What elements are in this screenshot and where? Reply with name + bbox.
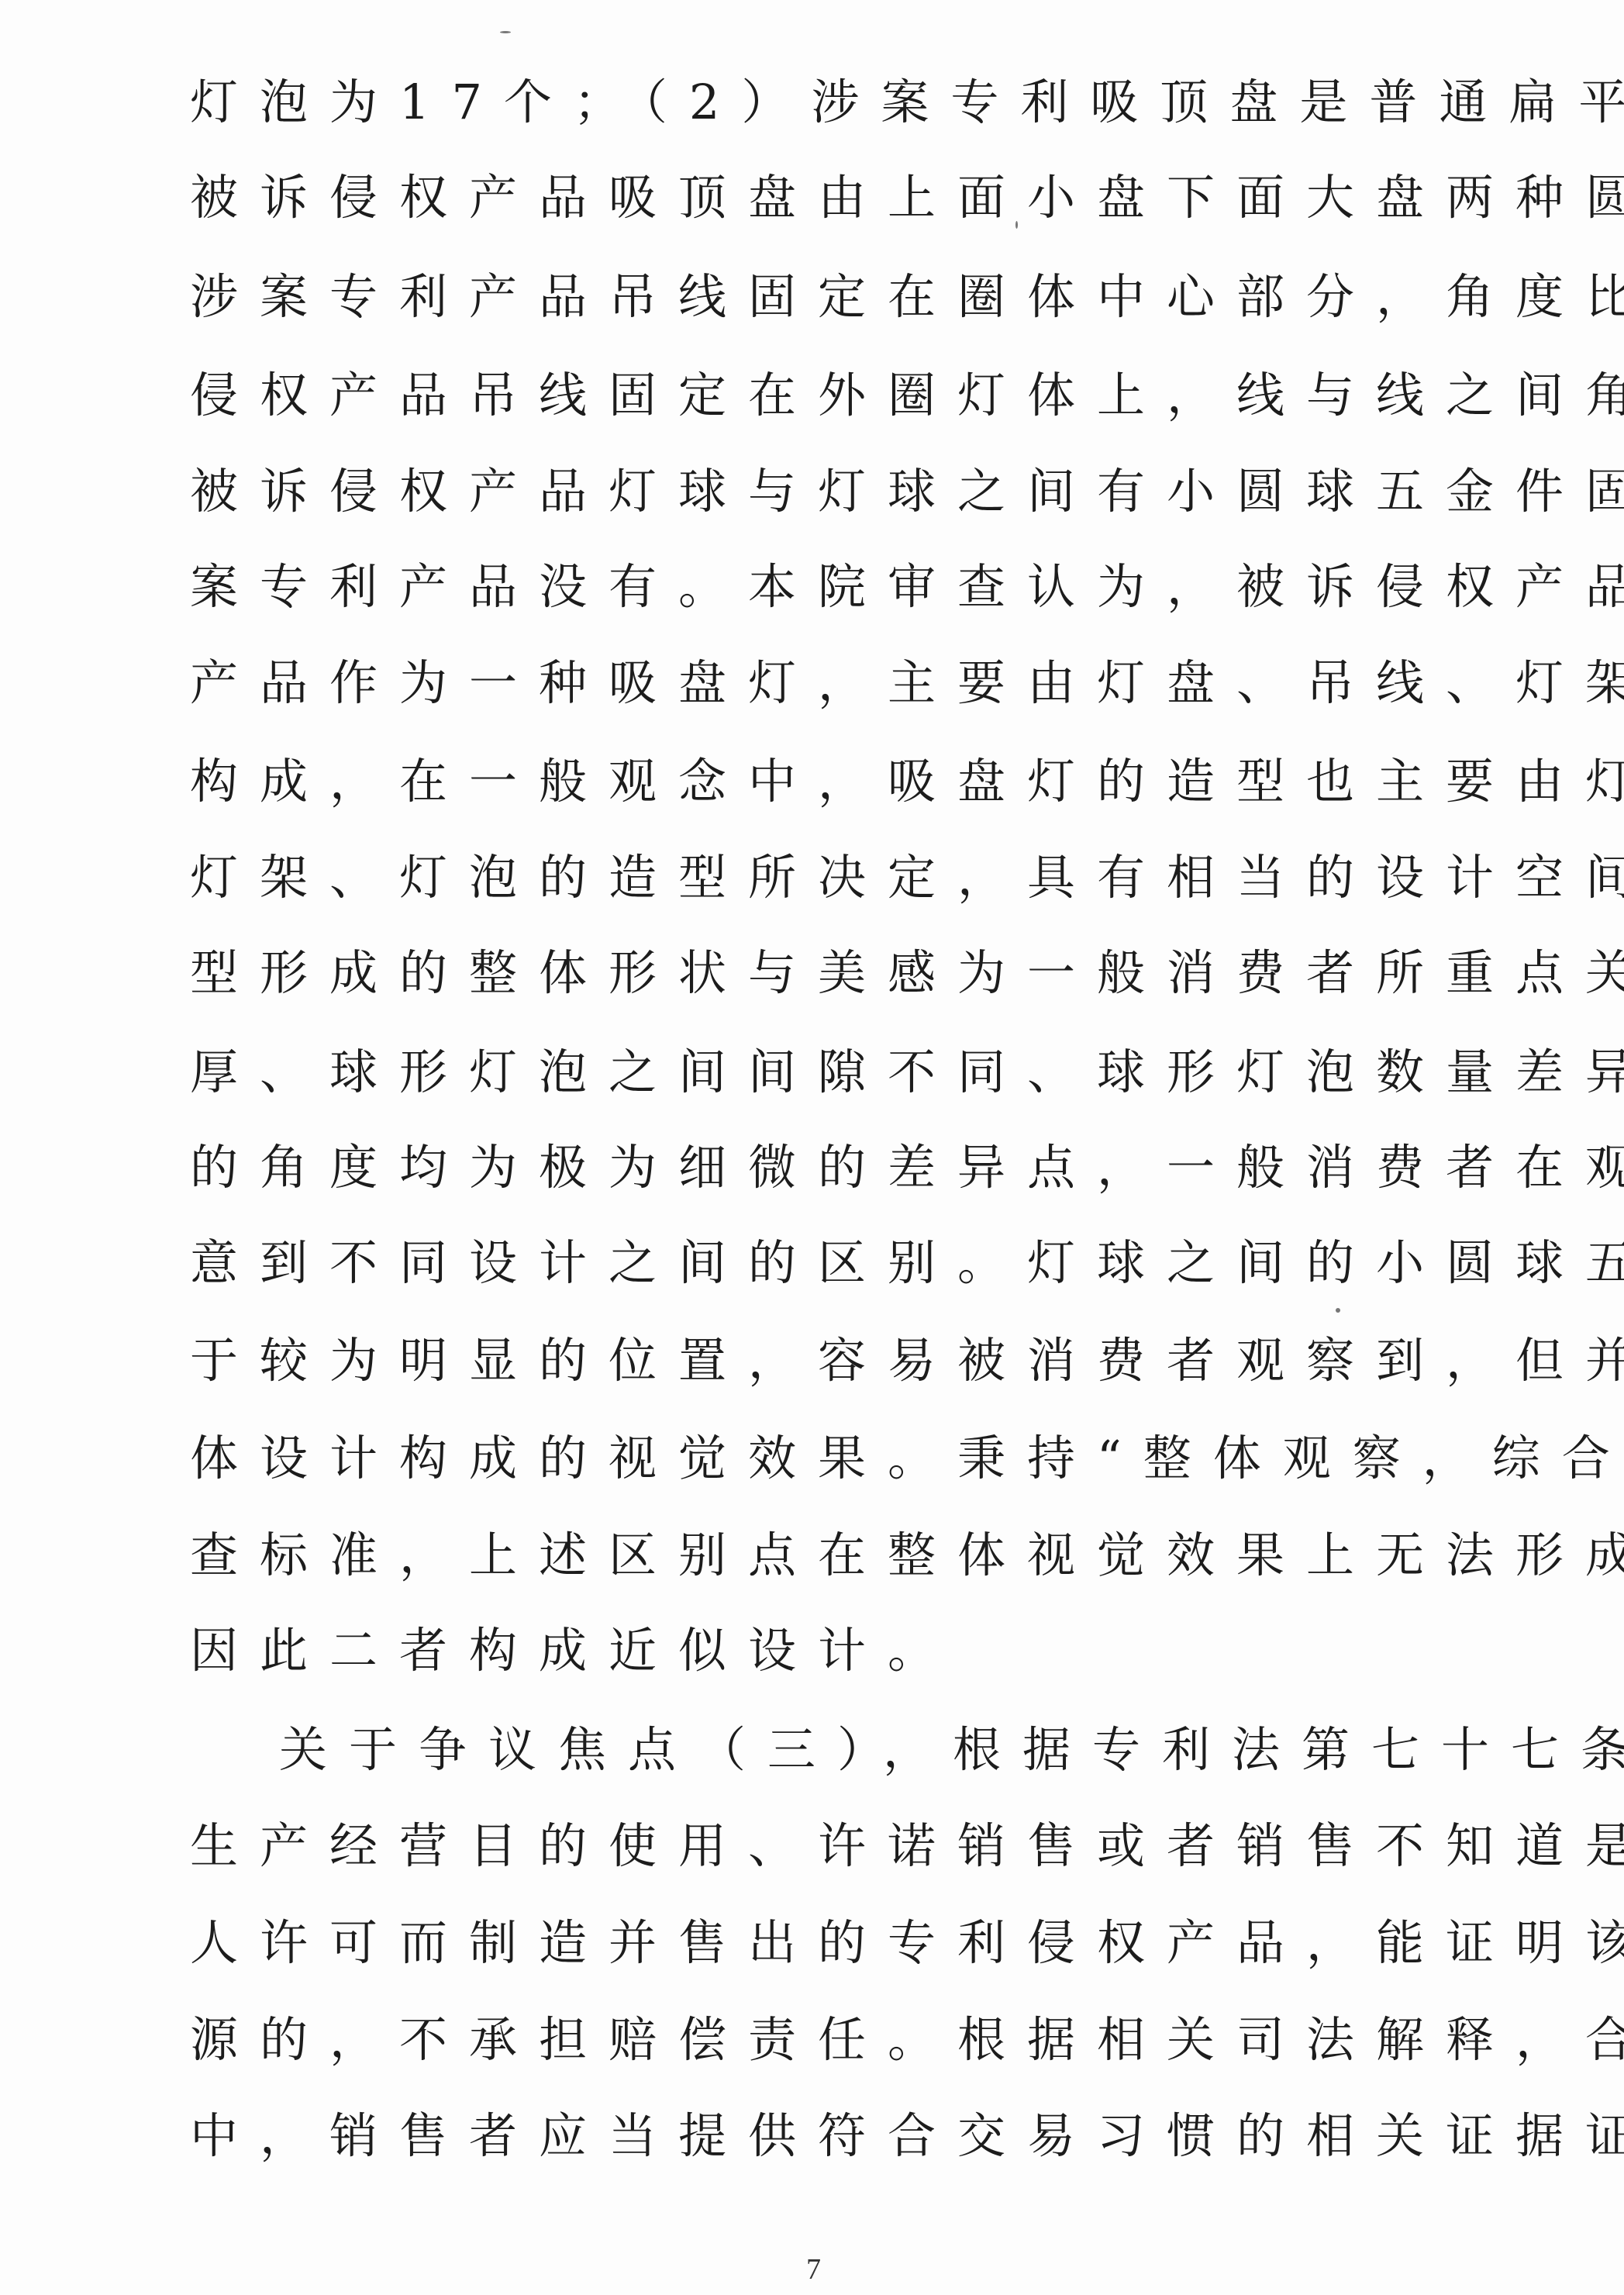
- scan-speck: [1015, 221, 1018, 229]
- text-line-9: 灯架、灯泡的造型所决定，具有相当的设计空间，各方面造: [190, 839, 1508, 916]
- scan-speck: [500, 31, 511, 33]
- text-line-16: 查标准，上述区别点在整体视觉效果上无法形成实质性差异，: [190, 1517, 1508, 1594]
- text-line-17: 因此二者构成近似设计。: [190, 1612, 1508, 1689]
- text-line-18: 关于争议焦点（三），根据专利法第七十七条规定，为: [279, 1711, 1597, 1789]
- text-line-20: 人许可而制造并售出的专利侵权产品，能证明该产品合法来: [190, 1904, 1508, 1982]
- text-line-1: 灯泡为17个；（2）涉案专利吸顶盘是普通扁平圆盘设计，: [190, 64, 1508, 141]
- text-line-6: 案专利产品没有。本院审查认为，被诉侵权产品与涉案专利: [190, 548, 1508, 626]
- text-line-21: 源的，不承担赔偿责任。根据相关司法解释，合法来源抗辩: [190, 2001, 1508, 2079]
- text-line-15: 体设计构成的视觉效果。秉持“整体观察，综合判断”的审: [190, 1420, 1508, 1497]
- text-line-19: 生产经营目的使用、许诺销售或者销售不知道是未经专利权: [190, 1807, 1508, 1885]
- text-line-5: 被诉侵权产品灯球与灯球之间有小圆球五金件固定距离，涉: [190, 453, 1508, 530]
- text-line-7: 产品作为一种吸盘灯，主要由灯盘、吊线、灯架、球形灯泡: [190, 644, 1508, 722]
- document-page: 灯泡为17个；（2）涉案专利吸顶盘是普通扁平圆盘设计， 被诉侵权产品吸顶盘由上面…: [0, 0, 1624, 2295]
- text-line-2: 被诉侵权产品吸顶盘由上面小盘下面大盘两种圆盘组成；（3）: [190, 159, 1508, 236]
- text-line-13: 意到不同设计之间的区别。灯球之间的小圆球五金件虽然位: [190, 1224, 1508, 1302]
- text-line-3: 涉案专利产品吊线固定在圈体中心部分，角度比较小，被诉: [190, 258, 1508, 336]
- text-line-22: 中，销售者应当提供符合交易习惯的相关证据证明其通过合: [190, 2097, 1508, 2175]
- text-line-12: 的角度均为极为细微的差异点，一般消费者在观察中不易注: [190, 1129, 1508, 1206]
- scan-speck: [1336, 1308, 1340, 1313]
- text-line-4: 侵权产品吊线固定在外圈灯体上，线与线之间角度较大；（4）: [190, 357, 1508, 434]
- text-line-14: 于较为明显的位置，容易被消费者观察到，但并不能影响整: [190, 1322, 1508, 1399]
- text-line-10: 型形成的整体形状与美感为一般消费者所重点关注。灯盘较: [190, 934, 1508, 1012]
- page-number: 7: [806, 2252, 821, 2286]
- text-line-11: 厚、球形灯泡之间间隙不同、球形灯泡数量差异、吊线之间: [190, 1034, 1508, 1111]
- text-line-8: 构成，在一般观念中，吸盘灯的造型也主要由灯盘、吊线、: [190, 743, 1508, 820]
